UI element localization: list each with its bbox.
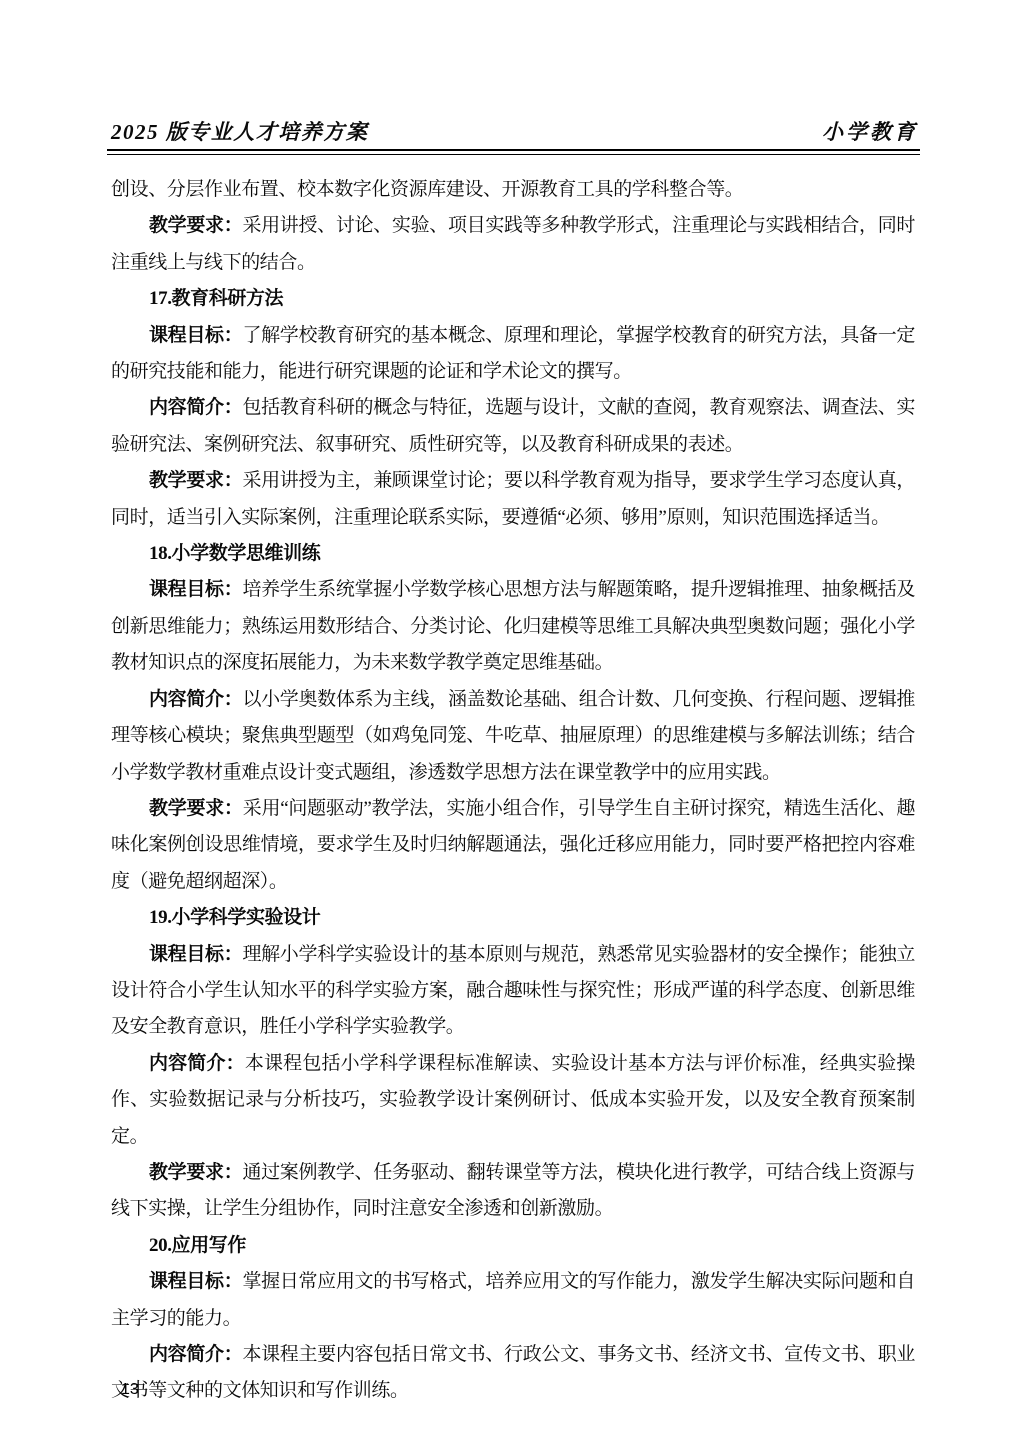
paragraph: 课程目标：了解学校教育研究的基本概念、原理和理论，掌握学校教育的研究方法，具备一…: [111, 318, 915, 391]
document-body: 创设、分层作业布置、校本数字化资源库建设、开源教育工具的学科整合等。教学要求：采…: [111, 172, 915, 1410]
paragraph-label: 课程目标：: [149, 325, 242, 346]
heading-text: 18.小学数学思维训练: [149, 543, 320, 564]
paragraph-text: 创设、分层作业布置、校本数字化资源库建设、开源教育工具的学科整合等。: [111, 179, 743, 200]
course-heading: 17.教育科研方法: [111, 281, 915, 317]
paragraph: 课程目标：培养学生系统掌握小学数学核心思想方法与解题策略，提升逻辑推理、抽象概括…: [111, 572, 915, 681]
paragraph-label: 教学要求：: [149, 215, 242, 236]
paragraph-label: 教学要求：: [149, 1162, 242, 1183]
course-heading: 18.小学数学思维训练: [111, 536, 915, 572]
course-heading: 20.应用写作: [111, 1228, 915, 1264]
paragraph-label: 教学要求：: [149, 798, 243, 819]
paragraph-label: 课程目标：: [149, 1271, 242, 1292]
paragraph-label: 内容简介：: [149, 397, 242, 418]
paragraph: 课程目标：掌握日常应用文的书写格式，培养应用文的写作能力，激发学生解决实际问题和…: [111, 1264, 915, 1337]
paragraph: 教学要求：采用“问题驱动”教学法，实施小组合作，引导学生自主研讨探究，精选生活化…: [111, 791, 915, 900]
header-section-label: 小学教育: [822, 116, 918, 146]
heading-text: 17.教育科研方法: [149, 288, 283, 309]
paragraph: 教学要求：采用讲授、讨论、实验、项目实践等多种教学形式，注重理论与实践相结合，同…: [111, 208, 915, 281]
document-page: 2025 版专业人才培养方案 小学教育 创设、分层作业布置、校本数字化资源库建设…: [0, 0, 1024, 1448]
paragraph: 内容简介：本课程主要内容包括日常文书、行政公文、事务文书、经济文书、宣传文书、职…: [111, 1337, 915, 1410]
header-divider: [107, 149, 920, 155]
paragraph-label: 课程目标：: [149, 579, 242, 600]
paragraph: 教学要求：采用讲授为主，兼顾课堂讨论；要以科学教育观为指导，要求学生学习态度认真…: [111, 463, 915, 536]
paragraph: 教学要求：通过案例教学、任务驱动、翻转课堂等方法，模块化进行教学，可结合线上资源…: [111, 1155, 915, 1228]
page-number: 13: [121, 1381, 139, 1399]
paragraph: 内容简介：包括教育科研的概念与特征，选题与设计，文献的查阅，教育观察法、调查法、…: [111, 390, 915, 463]
page-header: 2025 版专业人才培养方案 小学教育: [111, 116, 918, 146]
paragraph-label: 内容简介：: [149, 1053, 245, 1074]
heading-text: 20.应用写作: [149, 1235, 246, 1256]
paragraph: 内容简介：以小学奥数体系为主线，涵盖数论基础、组合计数、几何变换、行程问题、逻辑…: [111, 682, 915, 791]
heading-text: 19.小学科学实验设计: [149, 907, 320, 928]
paragraph-label: 教学要求：: [149, 470, 242, 491]
paragraph: 内容简介：本课程包括小学科学课程标准解读、实验设计基本方法与评价标准，经典实验操…: [111, 1046, 915, 1155]
paragraph: 创设、分层作业布置、校本数字化资源库建设、开源教育工具的学科整合等。: [111, 172, 915, 208]
paragraph: 课程目标：理解小学科学实验设计的基本原则与规范，熟悉常见实验器材的安全操作；能独…: [111, 937, 915, 1046]
header-title: 2025 版专业人才培养方案: [111, 116, 368, 146]
paragraph-label: 内容简介：: [149, 689, 242, 710]
course-heading: 19.小学科学实验设计: [111, 900, 915, 936]
paragraph-label: 内容简介：: [149, 1344, 242, 1365]
paragraph-label: 课程目标：: [149, 944, 242, 965]
